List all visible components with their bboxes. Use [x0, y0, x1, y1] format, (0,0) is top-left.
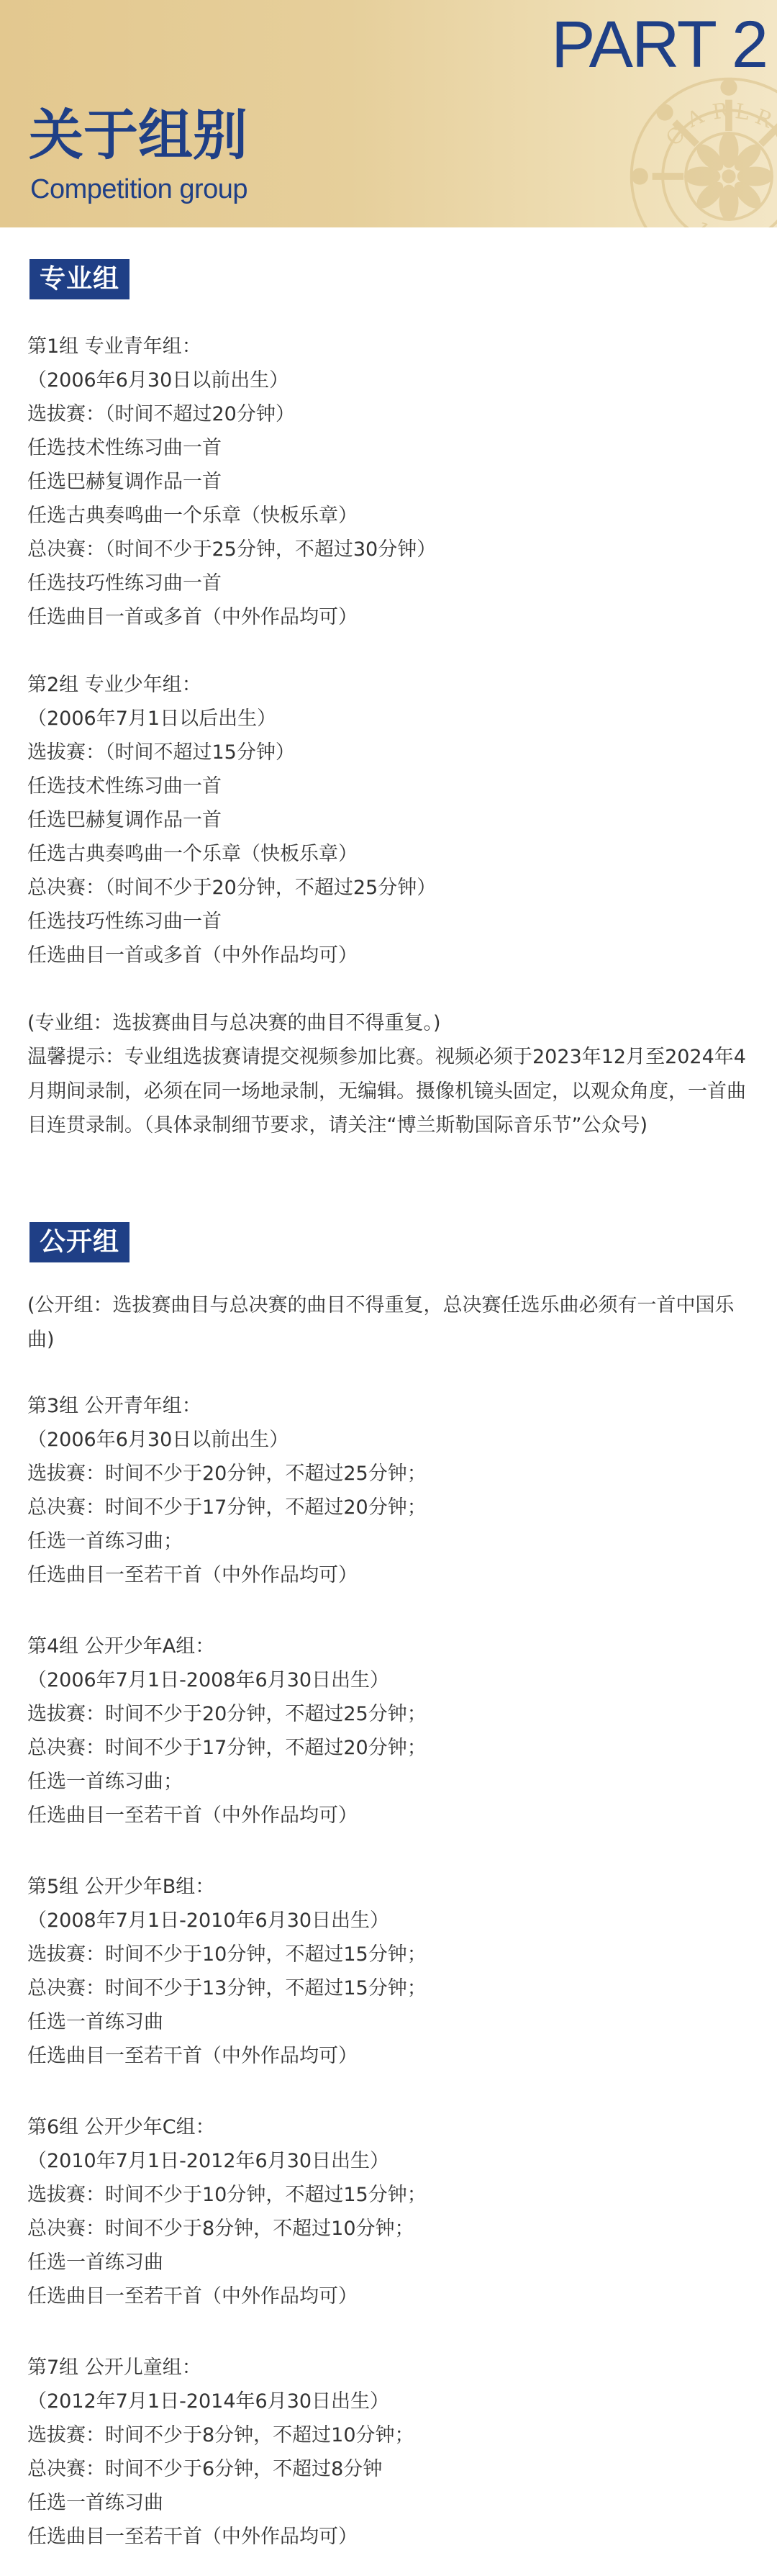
- professional-note: (专业组：选拔赛曲目与总决赛的曲目不得重复。): [27, 1006, 754, 1040]
- group-title: 第4组 公开少年A组：: [27, 1630, 754, 1663]
- requirement: 任选曲目一至若干首（中外作品均可）: [27, 1558, 754, 1592]
- header-banner: C A R L R Ö N I S C H 1 8 4 5 PART 2 关于组…: [0, 0, 777, 227]
- requirement: 任选技巧性练习曲一首: [27, 905, 754, 939]
- requirement: 任选巴赫复调作品一首: [27, 465, 754, 499]
- requirement: 任选一首练习曲: [27, 2246, 754, 2279]
- professional-tip: 温馨提示：专业组选拔赛请提交视频参加比赛。视频必须于2023年12月至2024年…: [27, 1040, 751, 1143]
- final-rule: 总决赛：（时间不少于20分钟，不超过25分钟）: [27, 871, 754, 905]
- requirement: 任选一首练习曲；: [27, 1524, 754, 1558]
- svg-text:L: L: [734, 99, 751, 125]
- requirement: 任选曲目一至若干首（中外作品均可）: [27, 2520, 754, 2554]
- final-rule: 总决赛：时间不少于13分钟，不超过15分钟；: [27, 1971, 754, 2005]
- prelim-rule: 选拔赛：时间不少于10分钟，不超过15分钟；: [27, 2178, 754, 2212]
- open-note: (公开组：选拔赛曲目与总决赛的曲目不得重复，总决赛任选乐曲必须有一首中国乐曲): [27, 1288, 751, 1357]
- page-title: 关于组别: [29, 108, 247, 163]
- birth-range: （2010年7月1日-2012年6月30日出生）: [27, 2144, 754, 2178]
- prelim-rule: 选拔赛：（时间不超过15分钟）: [27, 736, 754, 769]
- final-rule: 总决赛：时间不少于6分钟，不超过8分钟: [27, 2452, 754, 2486]
- requirement: 任选曲目一首或多首（中外作品均可）: [27, 600, 754, 634]
- svg-text:A: A: [682, 104, 707, 133]
- part-label: PART 2: [551, 12, 767, 78]
- prelim-rule: 选拔赛：时间不少于8分钟，不超过10分钟；: [27, 2418, 754, 2452]
- group-title: 第5组 公开少年B组：: [27, 1870, 754, 1904]
- requirement: 任选曲目一至若干首（中外作品均可）: [27, 2279, 754, 2313]
- final-rule: 总决赛：时间不少于17分钟，不超过20分钟；: [27, 1731, 754, 1765]
- requirement: 任选一首练习曲: [27, 2005, 754, 2039]
- group-title: 第1组 专业青年组：: [27, 330, 754, 363]
- requirement: 任选一首练习曲: [27, 2486, 754, 2520]
- prelim-rule: 选拔赛：时间不少于20分钟，不超过25分钟；: [27, 1697, 754, 1731]
- group-title: 第7组 公开儿童组：: [27, 2351, 754, 2385]
- requirement: 任选曲目一首或多首（中外作品均可）: [27, 939, 754, 972]
- birth-range: （2012年7月1日-2014年6月30日出生）: [27, 2385, 754, 2418]
- page-subtitle: Competition group: [30, 176, 247, 203]
- group-title: 第6组 公开少年C组：: [27, 2110, 754, 2144]
- section-badge-open: 公开组: [29, 1222, 129, 1262]
- requirement: 任选曲目一至若干首（中外作品均可）: [27, 1799, 754, 1832]
- group-title: 第3组 公开青年组：: [27, 1389, 754, 1423]
- requirement: 任选古典奏鸣曲一个乐章（快板乐章）: [27, 837, 754, 871]
- requirement: 任选古典奏鸣曲一个乐章（快板乐章）: [27, 499, 754, 533]
- birth-range: （2006年6月30日以前出生）: [27, 1423, 754, 1457]
- requirement: 任选技巧性练习曲一首: [27, 566, 754, 600]
- prelim-rule: 选拔赛：时间不少于10分钟，不超过15分钟；: [27, 1938, 754, 1971]
- requirement: 任选技术性练习曲一首: [27, 431, 754, 465]
- requirement: 任选巴赫复调作品一首: [27, 803, 754, 837]
- group-title: 第2组 专业少年组：: [27, 668, 754, 702]
- birth-range: （2006年6月30日以前出生）: [27, 363, 754, 397]
- prelim-rule: 选拔赛：时间不少于20分钟，不超过25分钟；: [27, 1457, 754, 1491]
- requirement: 任选技术性练习曲一首: [27, 769, 754, 803]
- final-rule: 总决赛：时间不少于8分钟，不超过10分钟；: [27, 2212, 754, 2246]
- ship-wheel-seal-icon: C A R L R Ö N I S C H 1 8 4 5: [624, 72, 777, 227]
- final-rule: 总决赛：时间不少于17分钟，不超过20分钟；: [27, 1491, 754, 1524]
- birth-range: （2008年7月1日-2010年6月30日出生）: [27, 1904, 754, 1938]
- birth-range: （2006年7月1日-2008年6月30日出生）: [27, 1663, 754, 1697]
- section-badge-professional: 专业组: [29, 259, 129, 299]
- birth-range: （2006年7月1日以后出生）: [27, 702, 754, 736]
- requirement: 任选一首练习曲；: [27, 1765, 754, 1799]
- requirement: 任选曲目一至若干首（中外作品均可）: [27, 2039, 754, 2073]
- prelim-rule: 选拔赛：（时间不超过20分钟）: [27, 397, 754, 431]
- final-rule: 总决赛：（时间不少于25分钟，不超过30分钟）: [27, 533, 754, 566]
